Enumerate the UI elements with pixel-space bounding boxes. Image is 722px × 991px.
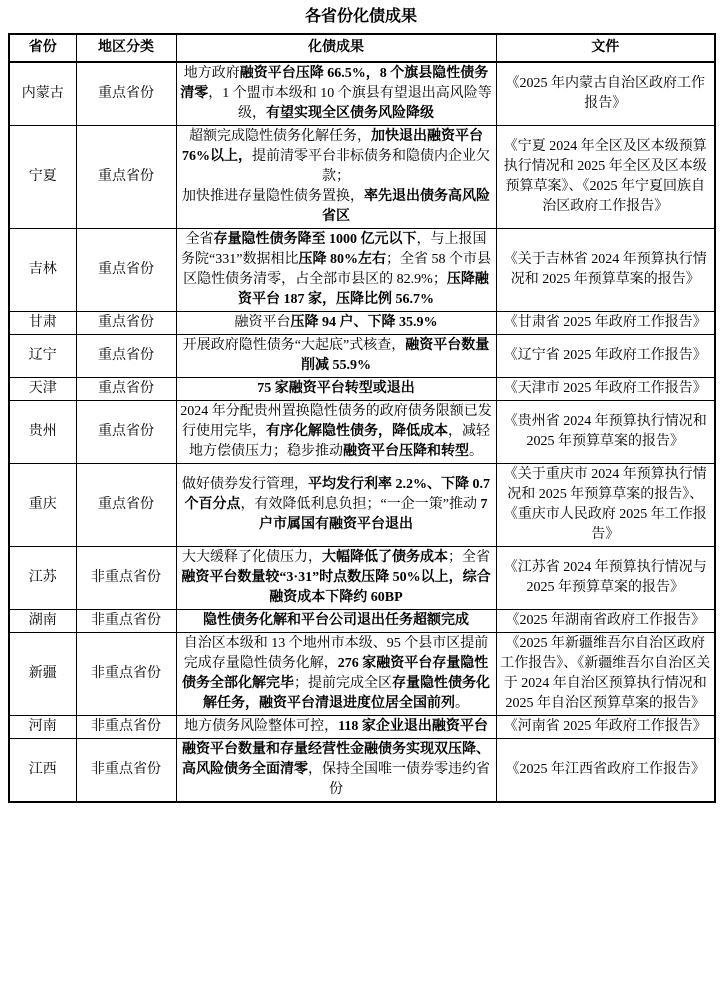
- achievement-text: 加快推进存量隐性债务置换，: [182, 189, 364, 204]
- achievements-cell: 融资平台数量和存量经营性金融债务实现双压降、高风险债务全面清零，保持全国唯一债券…: [176, 739, 496, 803]
- table-row: 江苏非重点省份大大缓释了化债压力，大幅降低了债务成本；全省融资平台数量较“3·3…: [9, 547, 715, 610]
- provinces-debt-table: 省份地区分类化债成果文件 内蒙古重点省份地方政府融资平台压降 66.5%，8 个…: [8, 33, 716, 803]
- province-cell: 宁夏: [9, 126, 76, 229]
- province-cell: 甘肃: [9, 312, 76, 335]
- table-header-row: 省份地区分类化债成果文件: [9, 34, 715, 62]
- category-cell: 重点省份: [76, 62, 176, 126]
- achievement-text: 大大缓释了化债压力，: [182, 550, 322, 565]
- table-row: 湖南非重点省份隐性债务化解和平台公司退出任务超额完成《2025 年湖南省政府工作…: [9, 610, 715, 633]
- table-row: 天津重点省份75 家融资平台转型或退出《天津市 2025 年政府工作报告》: [9, 378, 715, 401]
- category-cell: 重点省份: [76, 126, 176, 229]
- province-cell: 天津: [9, 378, 76, 401]
- achievements-cell: 隐性债务化解和平台公司退出任务超额完成: [176, 610, 496, 633]
- document-cell: 《贵州省 2024 年预算执行情况和 2025 年预算草案的报告》: [496, 401, 715, 464]
- document-cell: 《2025 年内蒙古自治区政府工作报告》: [496, 62, 715, 126]
- category-cell: 非重点省份: [76, 739, 176, 803]
- province-cell: 辽宁: [9, 335, 76, 378]
- achievements-cell: 自治区本级和 13 个地州市本级、95 个县市区提前完成存量隐性债务化解，276…: [176, 633, 496, 716]
- achievement-text-bold: 有序化解隐性债务，降低成本: [266, 424, 448, 439]
- category-cell: 重点省份: [76, 229, 176, 312]
- column-header-document: 文件: [496, 34, 715, 62]
- achievement-text-bold: 75 家融资平台转型或退出: [257, 381, 415, 396]
- achievements-cell: 做好债券发行管理，平均发行利率 2.2%、下降 0.7 个百分点，有效降低利息负…: [176, 464, 496, 547]
- province-cell: 贵州: [9, 401, 76, 464]
- achievement-text-bold: 压降 94 户、下降 35.9%: [291, 315, 438, 330]
- achievements-cell: 全省存量隐性债务降至 1000 亿元以下，与上报国务院“331”数据相比压降 8…: [176, 229, 496, 312]
- achievement-text: ，保持全国唯一债券零违约省份: [308, 762, 490, 797]
- table-row: 江西非重点省份融资平台数量和存量经营性金融债务实现双压降、高风险债务全面清零，保…: [9, 739, 715, 803]
- category-cell: 重点省份: [76, 401, 176, 464]
- achievements-cell: 地方债务风险整体可控，118 家企业退出融资平台: [176, 716, 496, 739]
- province-cell: 江西: [9, 739, 76, 803]
- table-row: 内蒙古重点省份地方政府融资平台压降 66.5%，8 个旗县隐性债务清零，1 个盟…: [9, 62, 715, 126]
- column-header-results: 化债成果: [176, 34, 496, 62]
- achievement-text-bold: 隐性债务化解和平台公司退出任务超额完成: [203, 613, 469, 628]
- achievement-text-bold: 大幅降低了债务成本: [322, 550, 448, 565]
- table-row: 重庆重点省份做好债券发行管理，平均发行利率 2.2%、下降 0.7 个百分点，有…: [9, 464, 715, 547]
- document-cell: 《关于重庆市 2024 年预算执行情况和 2025 年预算草案的报告》、《重庆市…: [496, 464, 715, 547]
- table-row: 贵州重点省份2024 年分配贵州置换隐性债务的政府债务限额已发行使用完毕，有序化…: [9, 401, 715, 464]
- achievements-cell: 2024 年分配贵州置换隐性债务的政府债务限额已发行使用完毕，有序化解隐性债务，…: [176, 401, 496, 464]
- achievement-text: ，有效降低利息负担；“一企一策”推动: [241, 497, 481, 512]
- column-header-province: 省份: [9, 34, 76, 62]
- achievement-text: 地方政府: [184, 66, 240, 81]
- category-cell: 重点省份: [76, 378, 176, 401]
- table-row: 甘肃重点省份融资平台压降 94 户、下降 35.9%《甘肃省 2025 年政府工…: [9, 312, 715, 335]
- achievements-cell: 超额完成隐性债务化解任务，加快退出融资平台 76%以上，提前清零平台非标债务和隐…: [176, 126, 496, 229]
- table-row: 新疆非重点省份自治区本级和 13 个地州市本级、95 个县市区提前完成存量隐性债…: [9, 633, 715, 716]
- achievements-cell: 大大缓释了化债压力，大幅降低了债务成本；全省融资平台数量较“3·31”时点数压降…: [176, 547, 496, 610]
- achievements-cell: 75 家融资平台转型或退出: [176, 378, 496, 401]
- table-row: 河南非重点省份地方债务风险整体可控，118 家企业退出融资平台《河南省 2025…: [9, 716, 715, 739]
- province-cell: 吉林: [9, 229, 76, 312]
- achievement-text: ；全省: [448, 550, 490, 565]
- province-cell: 内蒙古: [9, 62, 76, 126]
- document-cell: 《2025 年江西省政府工作报告》: [496, 739, 715, 803]
- document-cell: 《江苏省 2024 年预算执行情况与 2025 年预算草案的报告》: [496, 547, 715, 610]
- province-cell: 新疆: [9, 633, 76, 716]
- document-cell: 《宁夏 2024 年全区及区本级预算执行情况和 2025 年全区及区本级预算草案…: [496, 126, 715, 229]
- table-row: 辽宁重点省份开展政府隐性债务“大起底”式核查，融资平台数量削减 55.9%《辽宁…: [9, 335, 715, 378]
- province-cell: 河南: [9, 716, 76, 739]
- achievements-cell: 地方政府融资平台压降 66.5%，8 个旗县隐性债务清零，1 个盟市本级和 10…: [176, 62, 496, 126]
- document-cell: 《天津市 2025 年政府工作报告》: [496, 378, 715, 401]
- achievement-text-bold: 118 家企业退出融资平台: [338, 719, 488, 734]
- category-cell: 重点省份: [76, 335, 176, 378]
- document-cell: 《2025 年湖南省政府工作报告》: [496, 610, 715, 633]
- category-cell: 非重点省份: [76, 547, 176, 610]
- achievements-cell: 融资平台压降 94 户、下降 35.9%: [176, 312, 496, 335]
- province-cell: 湖南: [9, 610, 76, 633]
- document-cell: 《关于吉林省 2024 年预算执行情况和 2025 年预算草案的报告》: [496, 229, 715, 312]
- table-row: 宁夏重点省份超额完成隐性债务化解任务，加快退出融资平台 76%以上，提前清零平台…: [9, 126, 715, 229]
- achievement-text: ；提前完成全区: [294, 676, 392, 691]
- achievement-text-bold: 融资平台压降和转型: [343, 444, 469, 459]
- achievement-text: 全省: [186, 232, 214, 247]
- achievement-text: 提前清零平台非标债务和隐债内企业欠款；: [252, 149, 490, 184]
- achievement-text-bold: 压降 80%左右: [298, 252, 386, 267]
- category-cell: 非重点省份: [76, 633, 176, 716]
- document-cell: 《甘肃省 2025 年政府工作报告》: [496, 312, 715, 335]
- achievement-text: 地方债务风险整体可控，: [184, 719, 338, 734]
- achievement-text: 做好债券发行管理，: [182, 477, 308, 492]
- category-cell: 非重点省份: [76, 610, 176, 633]
- column-header-category: 地区分类: [76, 34, 176, 62]
- achievement-text-bold: 有望实现全区债务风险降级: [266, 106, 434, 121]
- achievement-text: 融资平台: [235, 315, 291, 330]
- document-cell: 《河南省 2025 年政府工作报告》: [496, 716, 715, 739]
- category-cell: 非重点省份: [76, 716, 176, 739]
- achievement-text: 。: [469, 444, 483, 459]
- category-cell: 重点省份: [76, 464, 176, 547]
- page-title: 各省份化债成果: [0, 0, 722, 33]
- achievement-text: 。: [455, 696, 469, 711]
- document-cell: 《2025 年新疆维吾尔自治区政府工作报告》、《新疆维吾尔自治区关于 2024 …: [496, 633, 715, 716]
- achievement-text: 超额完成隐性债务化解任务，: [189, 129, 371, 144]
- achievement-text: 开展政府隐性债务“大起底”式核查，: [183, 338, 405, 353]
- province-cell: 重庆: [9, 464, 76, 547]
- achievement-text-bold: 存量隐性债务降至 1000 亿元以下: [214, 232, 417, 247]
- table-row: 吉林重点省份全省存量隐性债务降至 1000 亿元以下，与上报国务院“331”数据…: [9, 229, 715, 312]
- province-cell: 江苏: [9, 547, 76, 610]
- achievements-cell: 开展政府隐性债务“大起底”式核查，融资平台数量削减 55.9%: [176, 335, 496, 378]
- document-cell: 《辽宁省 2025 年政府工作报告》: [496, 335, 715, 378]
- category-cell: 重点省份: [76, 312, 176, 335]
- achievement-text-bold: 融资平台数量较“3·31”时点数压降 50%以上，综合融资成本下降约 60BP: [181, 570, 490, 605]
